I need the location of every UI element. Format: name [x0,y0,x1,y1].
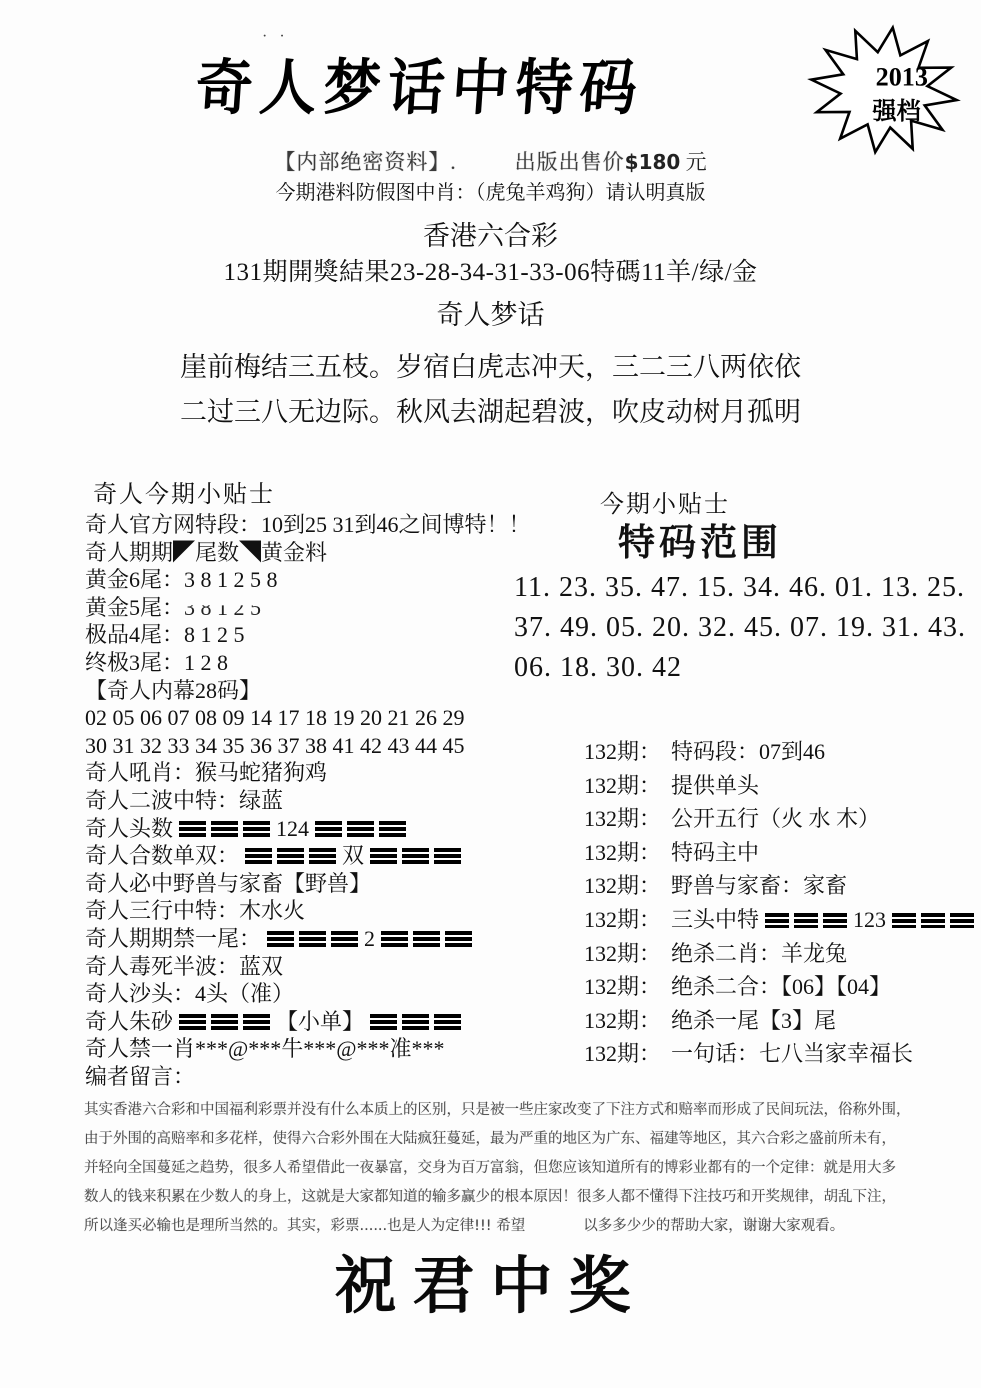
issue-row-three-heads: 132期：三头中特123 [584,903,960,937]
range-line-2: 37. 49. 05. 20. 32. 45. 07. 19. 31. 43. [500,608,960,648]
row-value: 124 [276,816,309,841]
tip-row-top-4-tails: 极品4尾：8 1 2 5 [85,621,565,649]
right-tips-title: 今期小贴士 [500,490,960,520]
redacted-bars [370,1014,461,1030]
issue-label: 132期： [584,773,661,798]
issue-row-kill-one-tail: 132期：绝杀一尾【3】尾 [584,1004,960,1038]
tip-row-zodiac: 奇人吼肖：猴马蛇猪狗鸡 [85,759,565,787]
issue-label: 132期： [584,739,661,764]
issue-label: 132期： [584,907,661,932]
row-value: 双 [342,843,364,868]
issue-text: 特码主中 [671,840,759,865]
draw-result-line: 131期開獎結果23-28-34-31-33-06特碼11羊/绿/金 [0,252,981,288]
issue-label: 132期： [584,1041,661,1066]
row-label: 奇人合数单双： [85,843,239,868]
issue-text: 提供单头 [671,773,759,798]
dream-section-title: 奇人梦话 [0,293,981,332]
tip-row-two-waves: 奇人二波中特：绿蓝 [85,787,565,815]
issue-label: 132期： [584,806,661,831]
poem-line-2: 二过三八无边际。秋风去湖起碧波，吹皮动树月孤明 [0,390,981,429]
redacted-bars [179,821,270,837]
tip-row-tail-gold: 奇人期期◤尾数◥黄金料 [85,539,565,567]
redacted-bars [315,821,406,837]
price-value: $180 [625,150,681,174]
tip-row-gold-6-tails: 黄金6尾：3 8 1 2 5 8 [85,566,565,594]
row-label: 奇人朱砂 [85,1009,173,1034]
tip-row-sand-head: 奇人沙头：4头（准） [85,980,565,1008]
issue-row-one-sentence: 132期：一句话：七八当家幸福长 [584,1037,960,1071]
issue-row-wild-domestic: 132期：野兽与家畜：家畜 [584,869,960,903]
paragraph-line: 由于外围的高赔率和多花样，使得六合彩外围在大陆疯狂蔓延，最为严重的地区为广东、福… [84,1125,912,1154]
editor-note-paragraph: 其实香港六合彩和中国福利彩票并没有什么本质上的区别，只是被一些庄家改变了下注方式… [84,1096,912,1241]
editor-note-label: 编者留言： [85,1063,565,1091]
tip-row-special-range: 奇人官方网特段：10到25 31到46之间博特！！ [85,511,565,539]
redacted-bars [765,913,847,928]
paragraph-line: 并轻向全国蔓延之趋势，很多人希望借此一夜暴富，交身为百万富翁，但您应该知道所有的… [84,1154,912,1183]
internal-secret-note: 【内部绝密资料】. [274,150,456,174]
tip-row-three-elements: 奇人三行中特：木水火 [85,897,565,925]
poem-line-1: 崖前梅结三五枝。岁宿白虎志冲天，三二三八两依依 [0,345,981,384]
badge-year: 2013 [876,63,928,92]
redacted-bars [370,848,461,864]
row-label: 奇人期期禁一尾： [85,926,261,951]
issue-text: 三头中特 [671,907,759,932]
issue-text: 绝杀二合：【06】【04】 [671,974,891,999]
issue-text: 特码段：07到46 [671,739,825,764]
issue-text: 一句话：七八当家幸福长 [671,1041,913,1066]
tip-row-wild-domestic: 奇人必中野兽与家畜【野兽】 [85,870,565,898]
redacted-bars [267,931,358,947]
redacted-bars [179,1014,270,1030]
tip-row-final-3-tails: 终极3尾：1 2 8 [85,649,565,677]
paragraph-line: 数人的钱来积累在少数人的身上，这就是大家都知道的输多赢少的根本原因！很多人都不懂… [84,1183,912,1212]
price-note-line: 【内部绝密资料】.出版出售价$180 元 [0,146,981,176]
issue-text: 绝杀二肖：羊龙兔 [671,941,847,966]
range-line-3: 06. 18. 30. 42 [500,648,960,688]
tip-row-numbers-1: 02 05 06 07 08 09 14 17 18 19 20 21 26 2… [85,704,565,732]
paragraph-line: 其实香港六合彩和中国福利彩票并没有什么本质上的区别，只是被一些庄家改变了下注方式… [84,1096,912,1125]
issue-132-list: 132期：特码段：07到46 132期：提供单头 132期：公开五行（火 水 木… [500,735,960,1071]
badge-label: 强档 [871,98,920,125]
redacted-bars [892,913,974,928]
issue-row-single-head: 132期：提供单头 [584,769,960,803]
faded-digits: 3 8 1 2 5 [184,594,261,622]
left-tips-column: 奇人今期小贴士 奇人官方网特段：10到25 31到46之间博特！！ 奇人期期◤尾… [85,480,565,1090]
row-value: 2 [364,926,375,951]
price-unit: 元 [686,150,707,174]
issue-row-main-hit: 132期：特码主中 [584,836,960,870]
tip-row-ban-one-zodiac: 奇人禁一肖***@***牛***@***准*** [85,1035,565,1063]
issue-label: 132期： [584,873,661,898]
tip-row-cinnabar: 奇人朱砂【小单】 [85,1008,565,1036]
issue-label: 132期： [584,974,661,999]
issue-label: 132期： [584,941,661,966]
tip-row-insider-28-heading: 【奇人内幕28码】 [85,677,565,705]
row-label: 黄金5尾： [85,595,184,620]
issue-label: 132期： [584,1008,661,1033]
special-range-heading: 特码范围 [500,520,960,568]
issue-row-kill-two-sums: 132期：绝杀二合：【06】【04】 [584,970,960,1004]
issue-text: 野兽与家畜：家畜 [671,873,847,898]
tip-row-head-count: 奇人头数124 [85,815,565,843]
issue-text: 公开五行（火 水 木） [671,806,880,831]
issue-row-kill-two-zodiacs: 132期：绝杀二肖：羊龙兔 [584,937,960,971]
range-line-1: 11. 23. 35. 47. 15. 34. 46. 01. 13. 25. [500,568,960,608]
redacted-bars [245,848,336,864]
issue-row-five-elements: 132期：公开五行（火 水 木） [584,802,960,836]
tip-row-gold-5-tails: 黄金5尾：3 8 1 2 5 [85,594,565,622]
tip-row-sum-odd-even: 奇人合数单双：双 [85,842,565,870]
price-label: 出版出售价 [515,150,625,174]
lottery-name: 香港六合彩 [0,214,981,253]
issue-row-range: 132期：特码段：07到46 [584,735,960,769]
closing-wish: 祝君中奖 [0,1236,981,1325]
tip-row-ban-one-tail: 奇人期期禁一尾：2 [85,925,565,953]
issue-text: 绝杀一尾【3】尾 [671,1008,836,1033]
row-value: 【小单】 [276,1009,364,1034]
issue-label: 132期： [584,840,661,865]
left-tips-title: 奇人今期小贴士 [85,480,565,511]
issue-value: 123 [853,907,886,932]
page-title: 奇人梦话中特码 [0,40,843,127]
row-label: 奇人头数 [85,816,173,841]
tip-row-numbers-2: 30 31 32 33 34 35 36 37 38 41 42 43 44 4… [85,732,565,760]
tip-sheet-page: · · 奇人梦话中特码 2013 强档 【内部绝密资料】.出版出售价$180 元… [0,0,981,1388]
tip-row-poison-half-wave: 奇人毒死半波：蓝双 [85,953,565,981]
right-tips-column: 今期小贴士 特码范围 11. 23. 35. 47. 15. 34. 46. 0… [500,490,960,1071]
redacted-bars [381,931,472,947]
anti-fake-line: 今期港料防假图中肖：（虎兔羊鸡狗）请认明真版 [0,176,981,205]
